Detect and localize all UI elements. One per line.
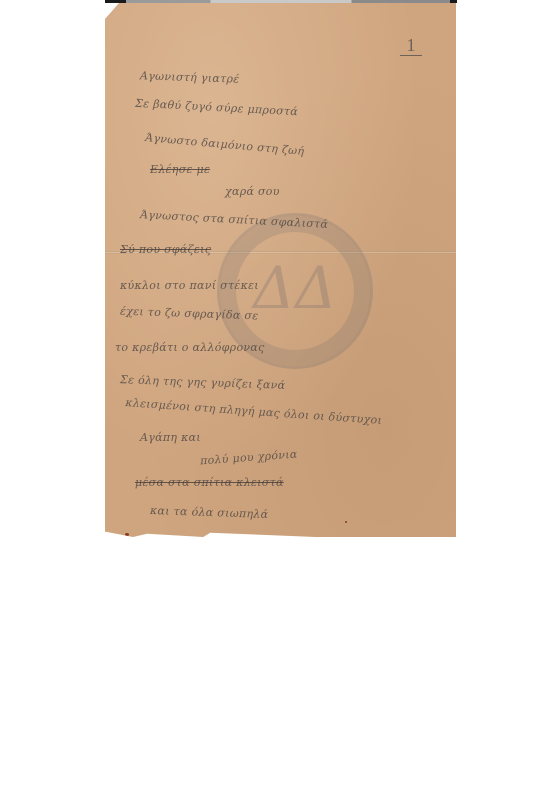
stain — [345, 521, 347, 523]
handwritten-line: πολύ μου χρόνια — [200, 448, 298, 468]
handwritten-line: το κρεβάτι ο αλλόφρονας — [115, 341, 265, 354]
handwritten-line: κλεισμένοι στη πληγή μας όλοι οι δύστυχο… — [125, 396, 383, 427]
handwritten-line: Αγάπη και — [140, 431, 201, 444]
manuscript-page: ΔΔ 1 Αγωνιστή γιατρέ Σε βαθύ ζυγό σύρε μ… — [105, 3, 456, 537]
stain — [125, 533, 129, 536]
handwritten-line: Άγνωστος στα σπίτια σφαλιστά — [140, 208, 329, 231]
handwritten-line: και τα όλα σιωπηλά — [150, 504, 269, 521]
handwritten-line: Αγωνιστή γιατρέ — [140, 69, 240, 85]
handwritten-line-struck: μέσα στα σπίτια κλειστά — [135, 476, 284, 489]
handwritten-line: Σε βαθύ ζυγό σύρε μπροστά — [135, 97, 299, 119]
handwritten-line: χαρά σου — [225, 185, 280, 198]
page-number: 1 — [400, 35, 422, 56]
handwritten-line-struck: Ελέησε με — [150, 163, 210, 176]
handwritten-line-struck: Σύ που σφάζεις — [120, 243, 211, 256]
handwritten-line: κύκλοι στο πανί στέκει — [120, 279, 259, 292]
handwritten-line: Άγνωστο δαιμόνιο στη ζωή — [145, 131, 305, 158]
handwritten-line: Σε όλη της γης γυρίζει ξανά — [120, 373, 286, 392]
scanner-edge — [105, 0, 457, 3]
